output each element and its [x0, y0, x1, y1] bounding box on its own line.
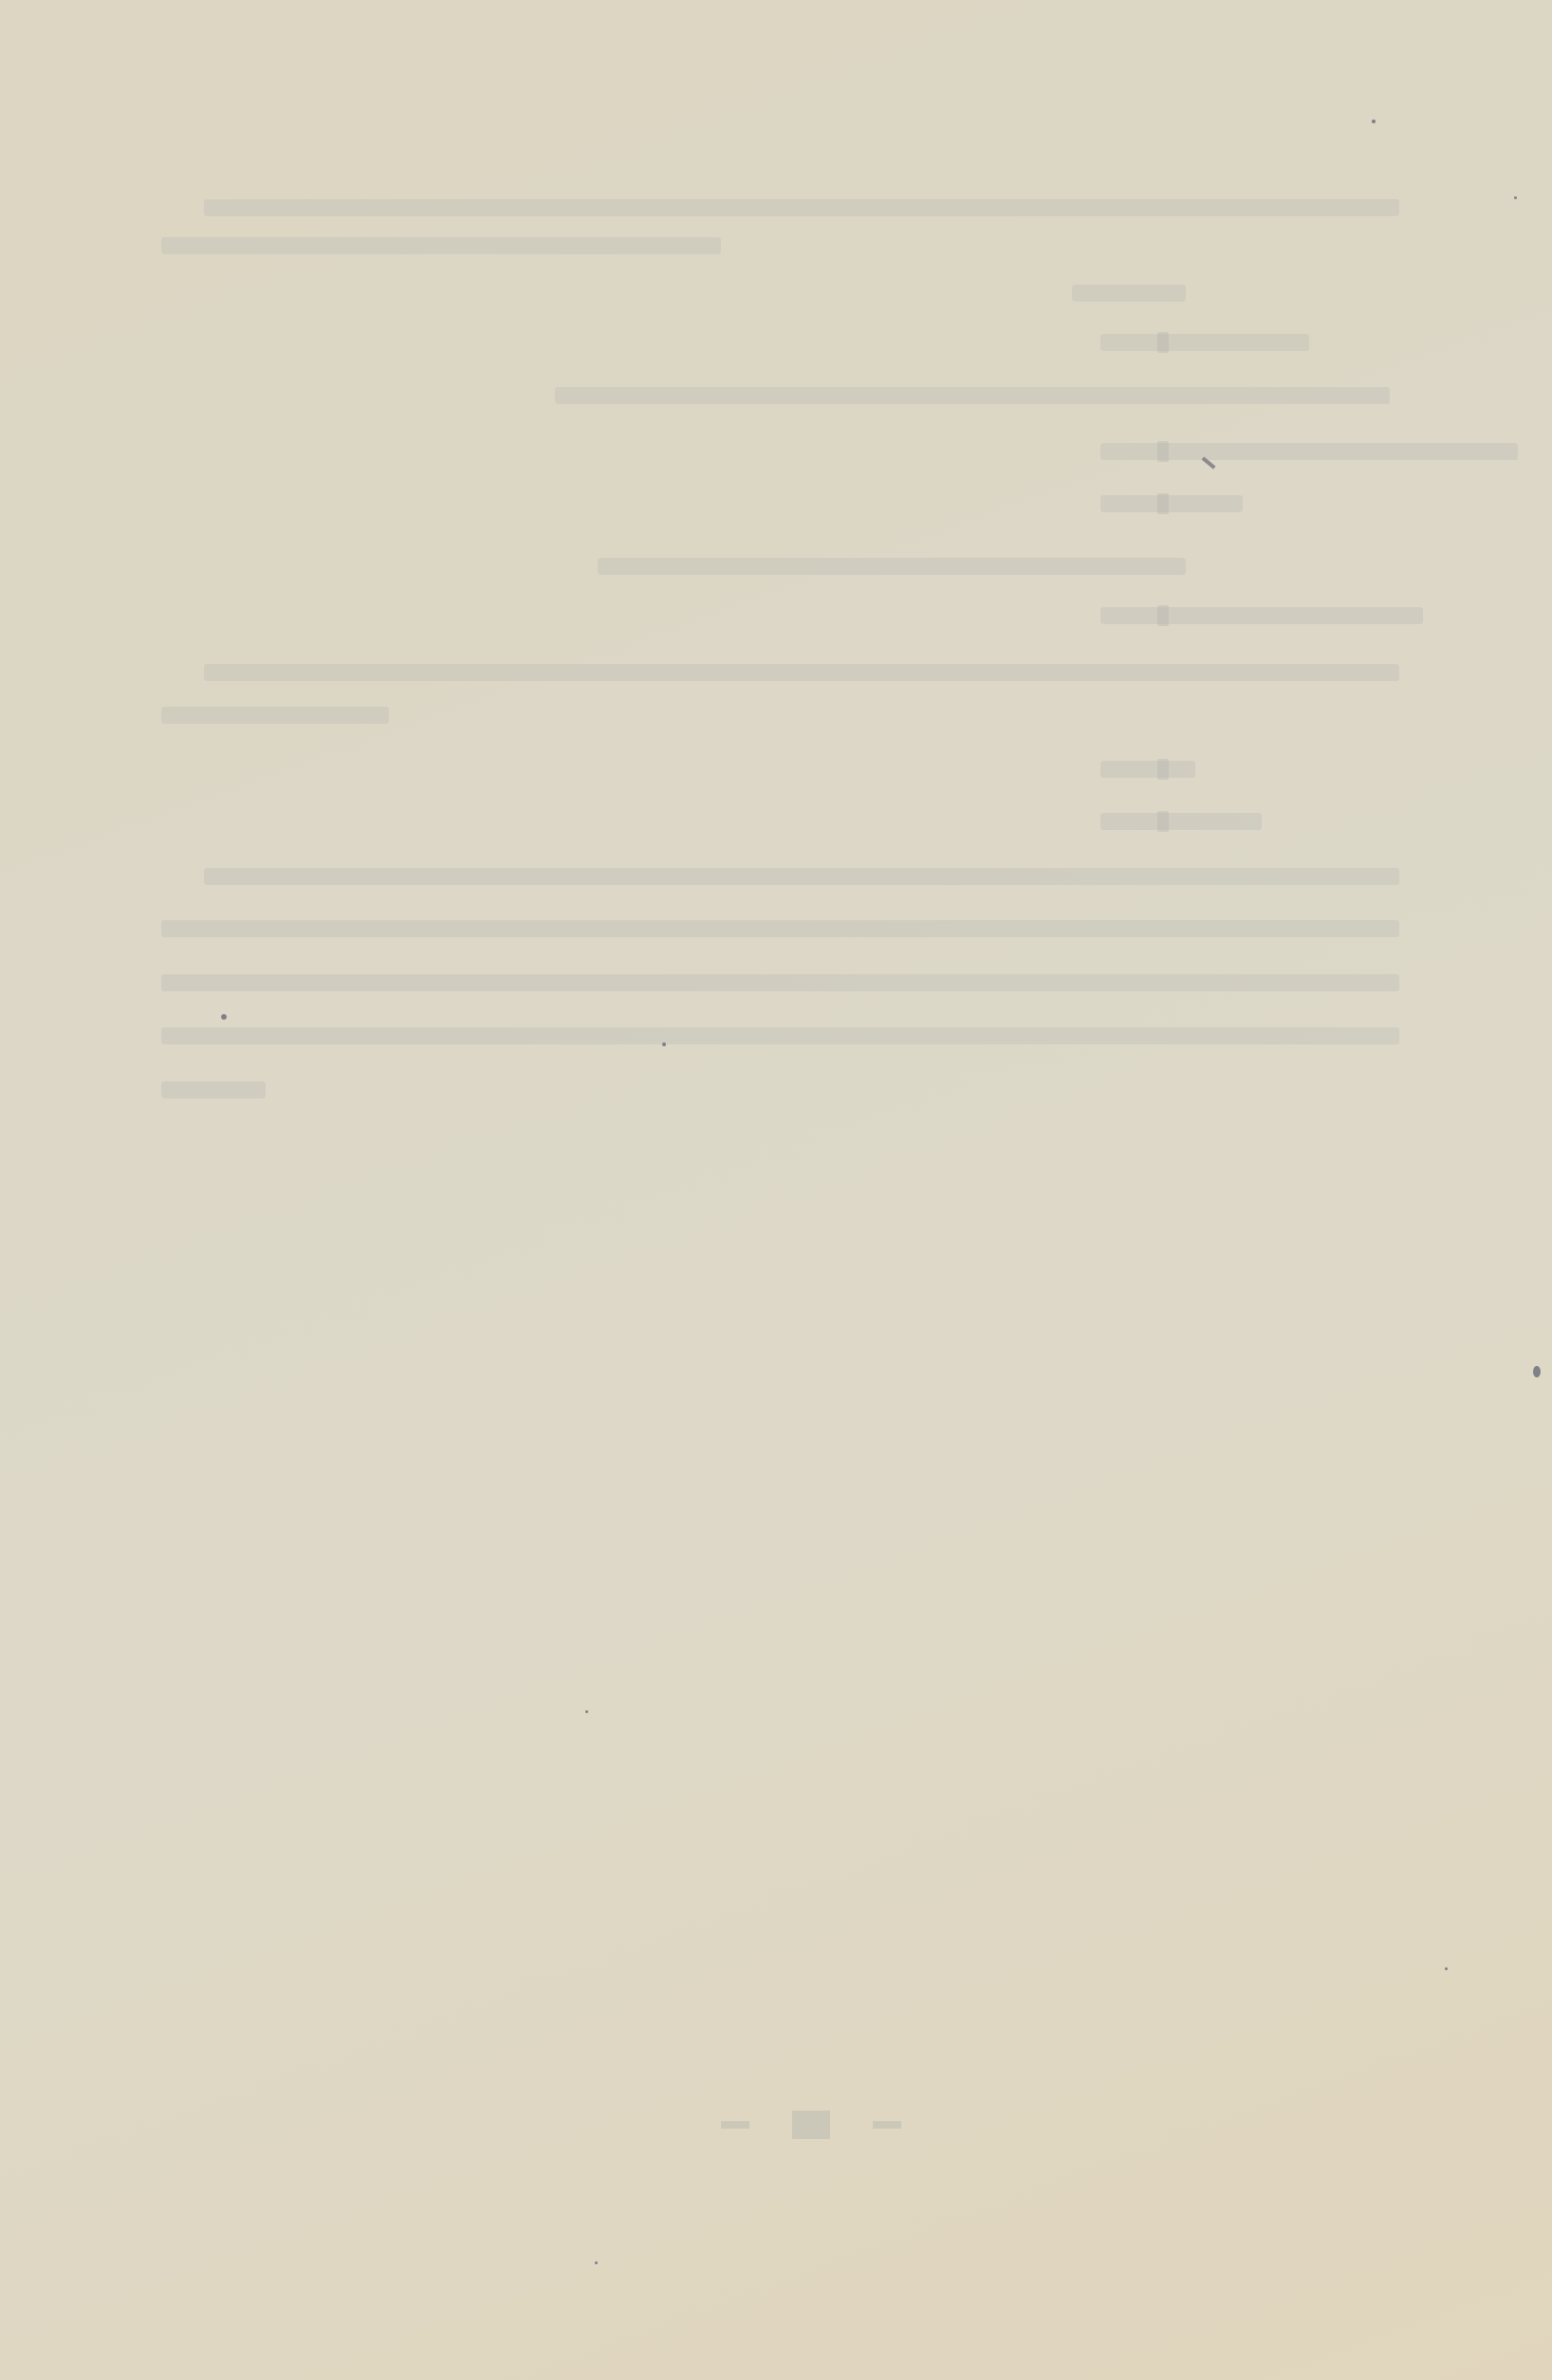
list-item [1100, 443, 1518, 460]
list-item [1100, 761, 1195, 778]
scan-speck [1533, 1366, 1541, 1377]
list-item [598, 558, 1186, 575]
scan-speck [662, 1042, 666, 1046]
scan-speck [1514, 196, 1517, 199]
text-line [161, 707, 389, 724]
scan-speck [1445, 1967, 1448, 1970]
text-line [161, 1081, 266, 1098]
list-item [1100, 813, 1262, 830]
scan-speck [585, 1710, 588, 1713]
list-item [1100, 334, 1309, 351]
text-line [161, 1027, 1399, 1044]
scan-speck [595, 2261, 598, 2264]
text-line [161, 974, 1399, 991]
page-folio [721, 2111, 901, 2139]
folio-dash [873, 2121, 901, 2129]
text-line [204, 664, 1399, 681]
list-item [1072, 285, 1186, 302]
folio-dash [721, 2121, 749, 2129]
text-line [204, 199, 1399, 216]
list-item [1100, 607, 1423, 624]
list-item [555, 387, 1390, 404]
text-line [161, 920, 1399, 937]
list-item [1100, 495, 1243, 512]
text-line [161, 237, 721, 254]
page-number-mark [792, 2111, 830, 2139]
scan-speck [1372, 120, 1376, 123]
text-line [204, 868, 1399, 885]
scan-speck [221, 1014, 227, 1020]
